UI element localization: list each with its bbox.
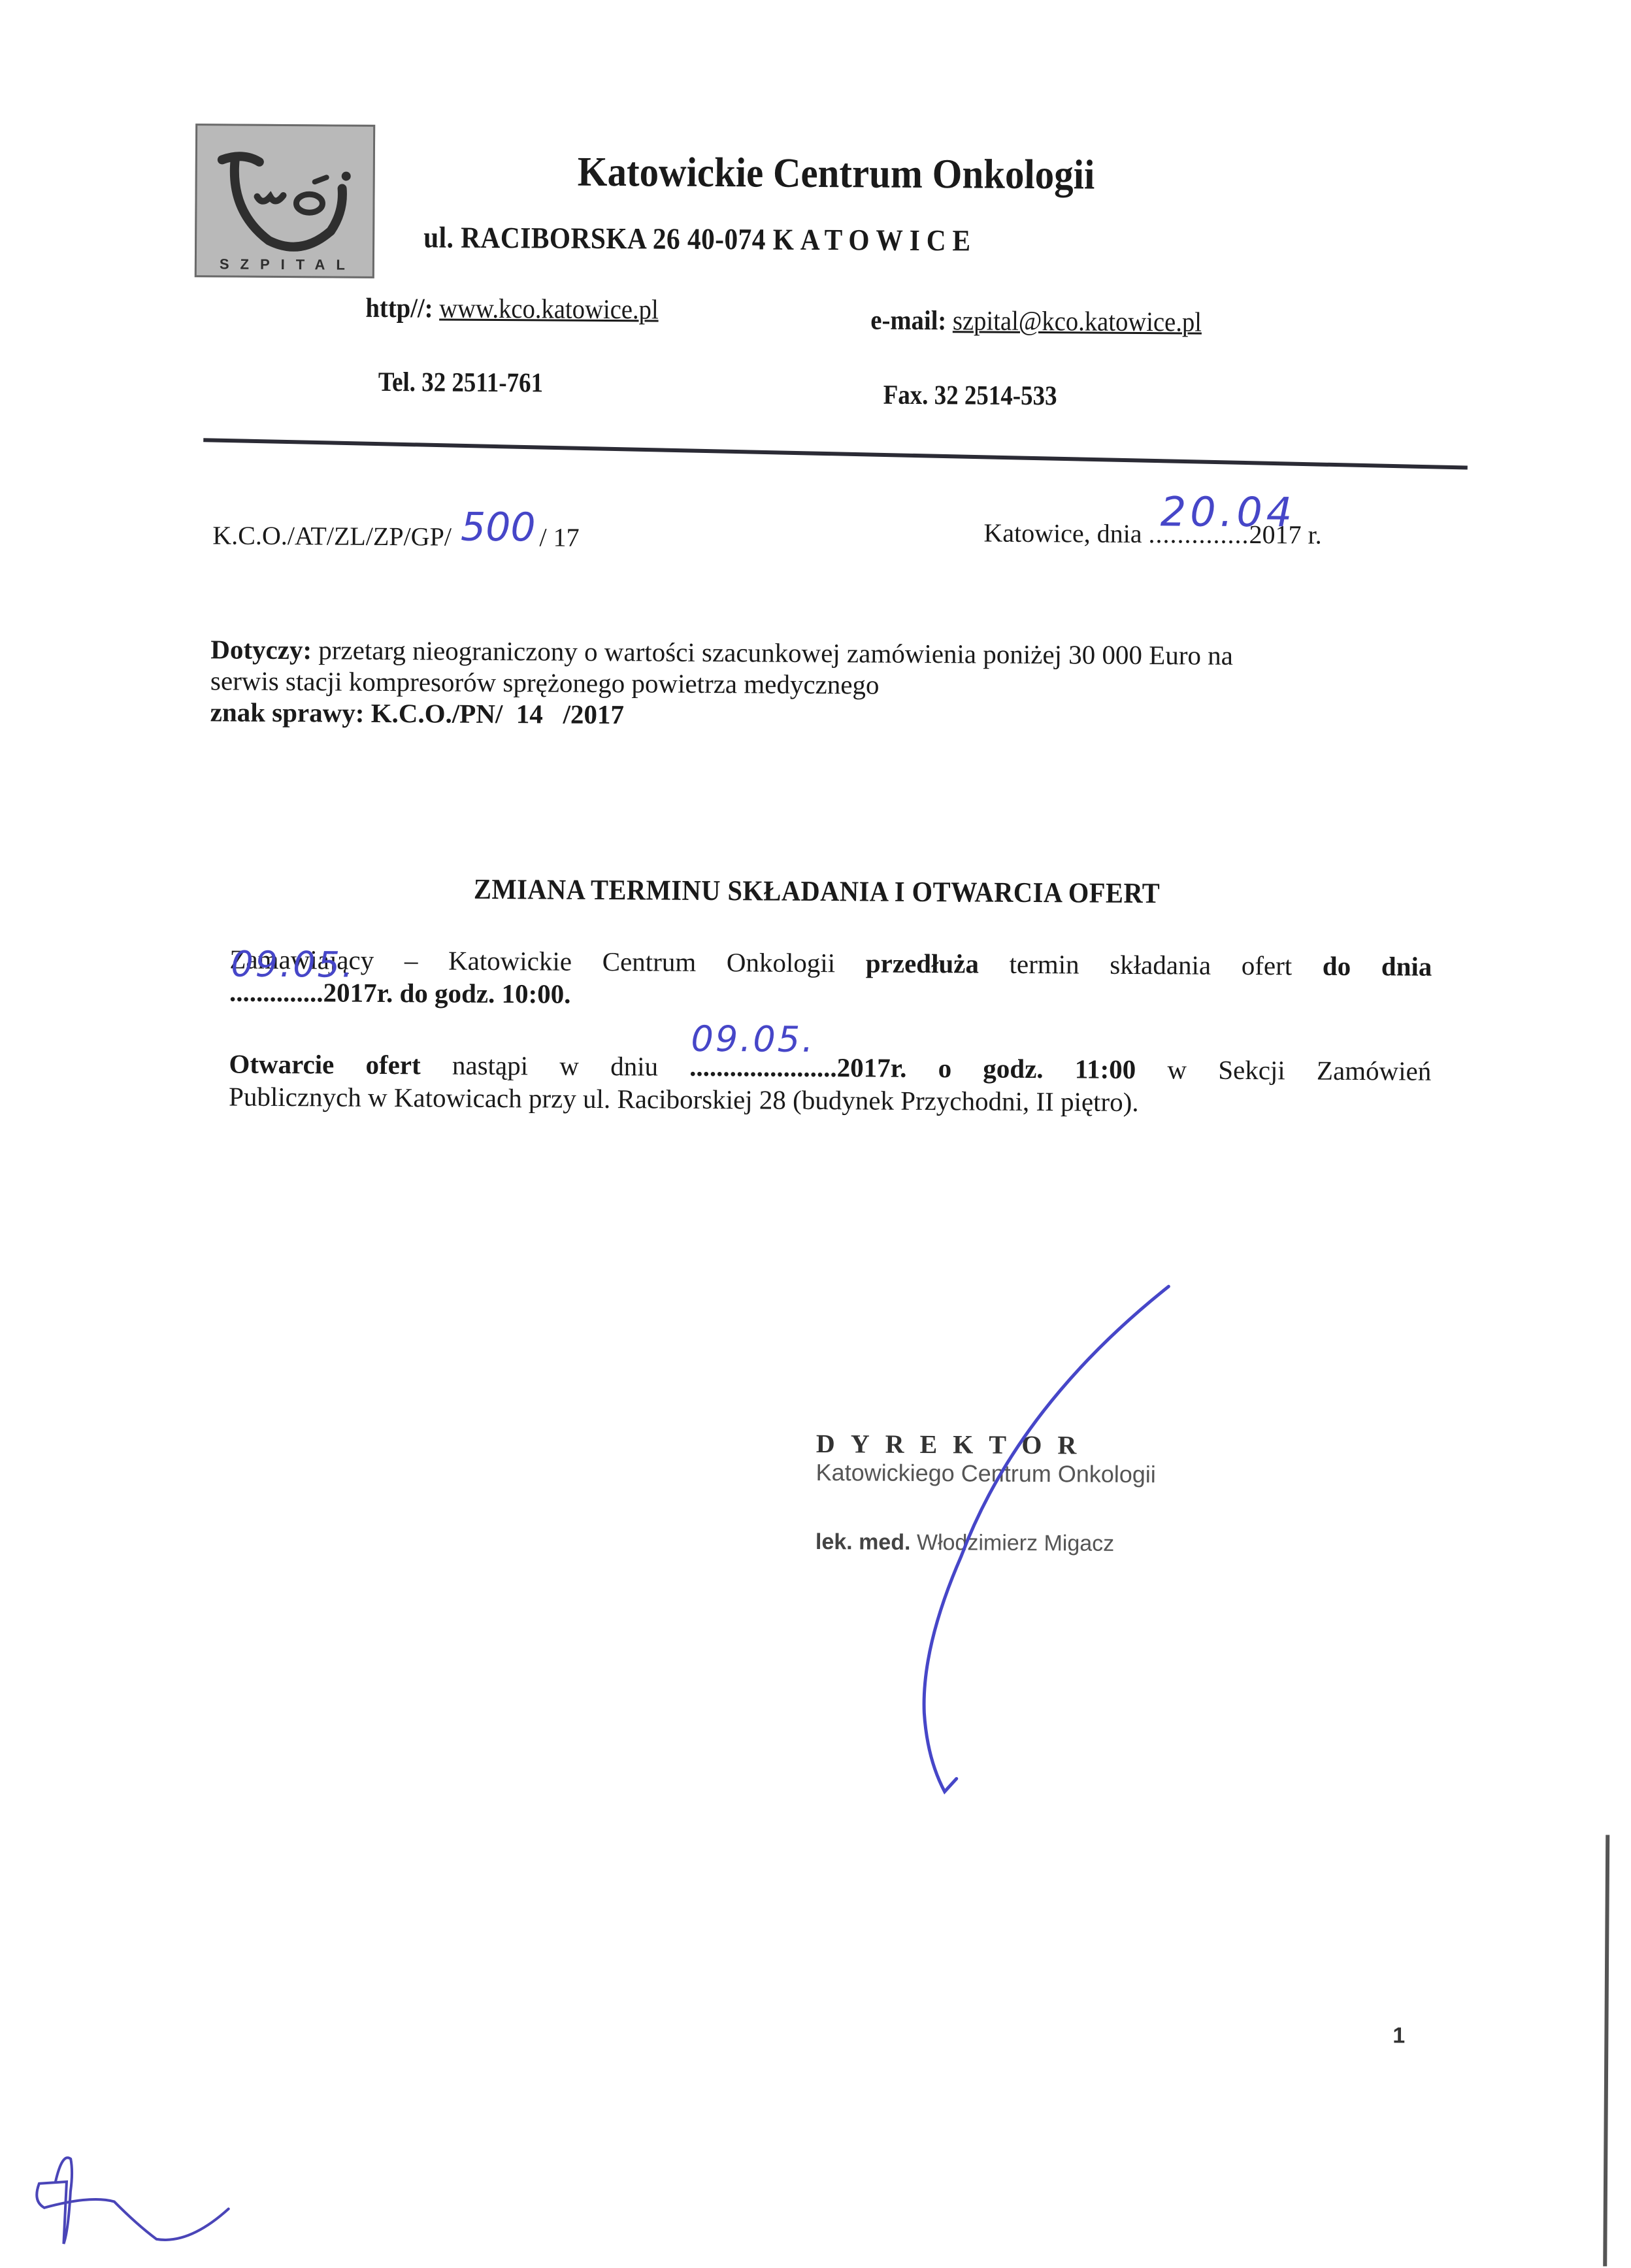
page-number: 1 — [1392, 2023, 1405, 2048]
document-page: SZPITAL Katowickie Centrum Onkologii ul.… — [0, 0, 1631, 2268]
initials-signature-stroke — [37, 2158, 229, 2245]
handwritten-signatures — [0, 0, 1631, 2268]
director-signature-stroke — [923, 1285, 1168, 1793]
